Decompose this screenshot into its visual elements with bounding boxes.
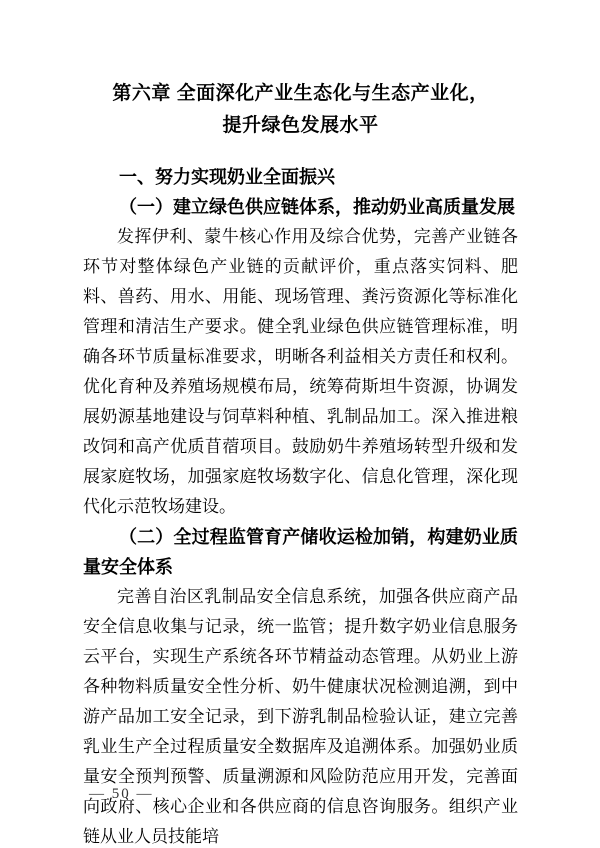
chapter-title-line-2: 提升绿色发展水平 — [83, 110, 518, 142]
page-number: — 50 — — [89, 784, 154, 804]
chapter-title-line-1: 第六章 全面深化产业生态化与生态产业化， — [83, 78, 518, 110]
subsection-1-paragraph: 发挥伊利、蒙牛核心作用及综合优势，完善产业链各环节对整体绿色产业链的贡献评价，重… — [83, 222, 518, 522]
section-heading: 一、努力实现奶业全面振兴 — [83, 162, 518, 192]
subsection-1-heading: （一）建立绿色供应链体系，推动奶业高质量发展 — [83, 192, 518, 222]
subsection-2-paragraph: 完善自治区乳制品安全信息系统，加强各供应商产品安全信息收集与记录，统一监管；提升… — [83, 582, 518, 848]
chapter-title: 第六章 全面深化产业生态化与生态产业化， 提升绿色发展水平 — [83, 78, 518, 142]
document-page: 第六章 全面深化产业生态化与生态产业化， 提升绿色发展水平 一、努力实现奶业全面… — [0, 0, 600, 848]
subsection-2-heading: （二）全过程监管育产储收运检加销，构建奶业质量安全体系 — [83, 522, 518, 582]
